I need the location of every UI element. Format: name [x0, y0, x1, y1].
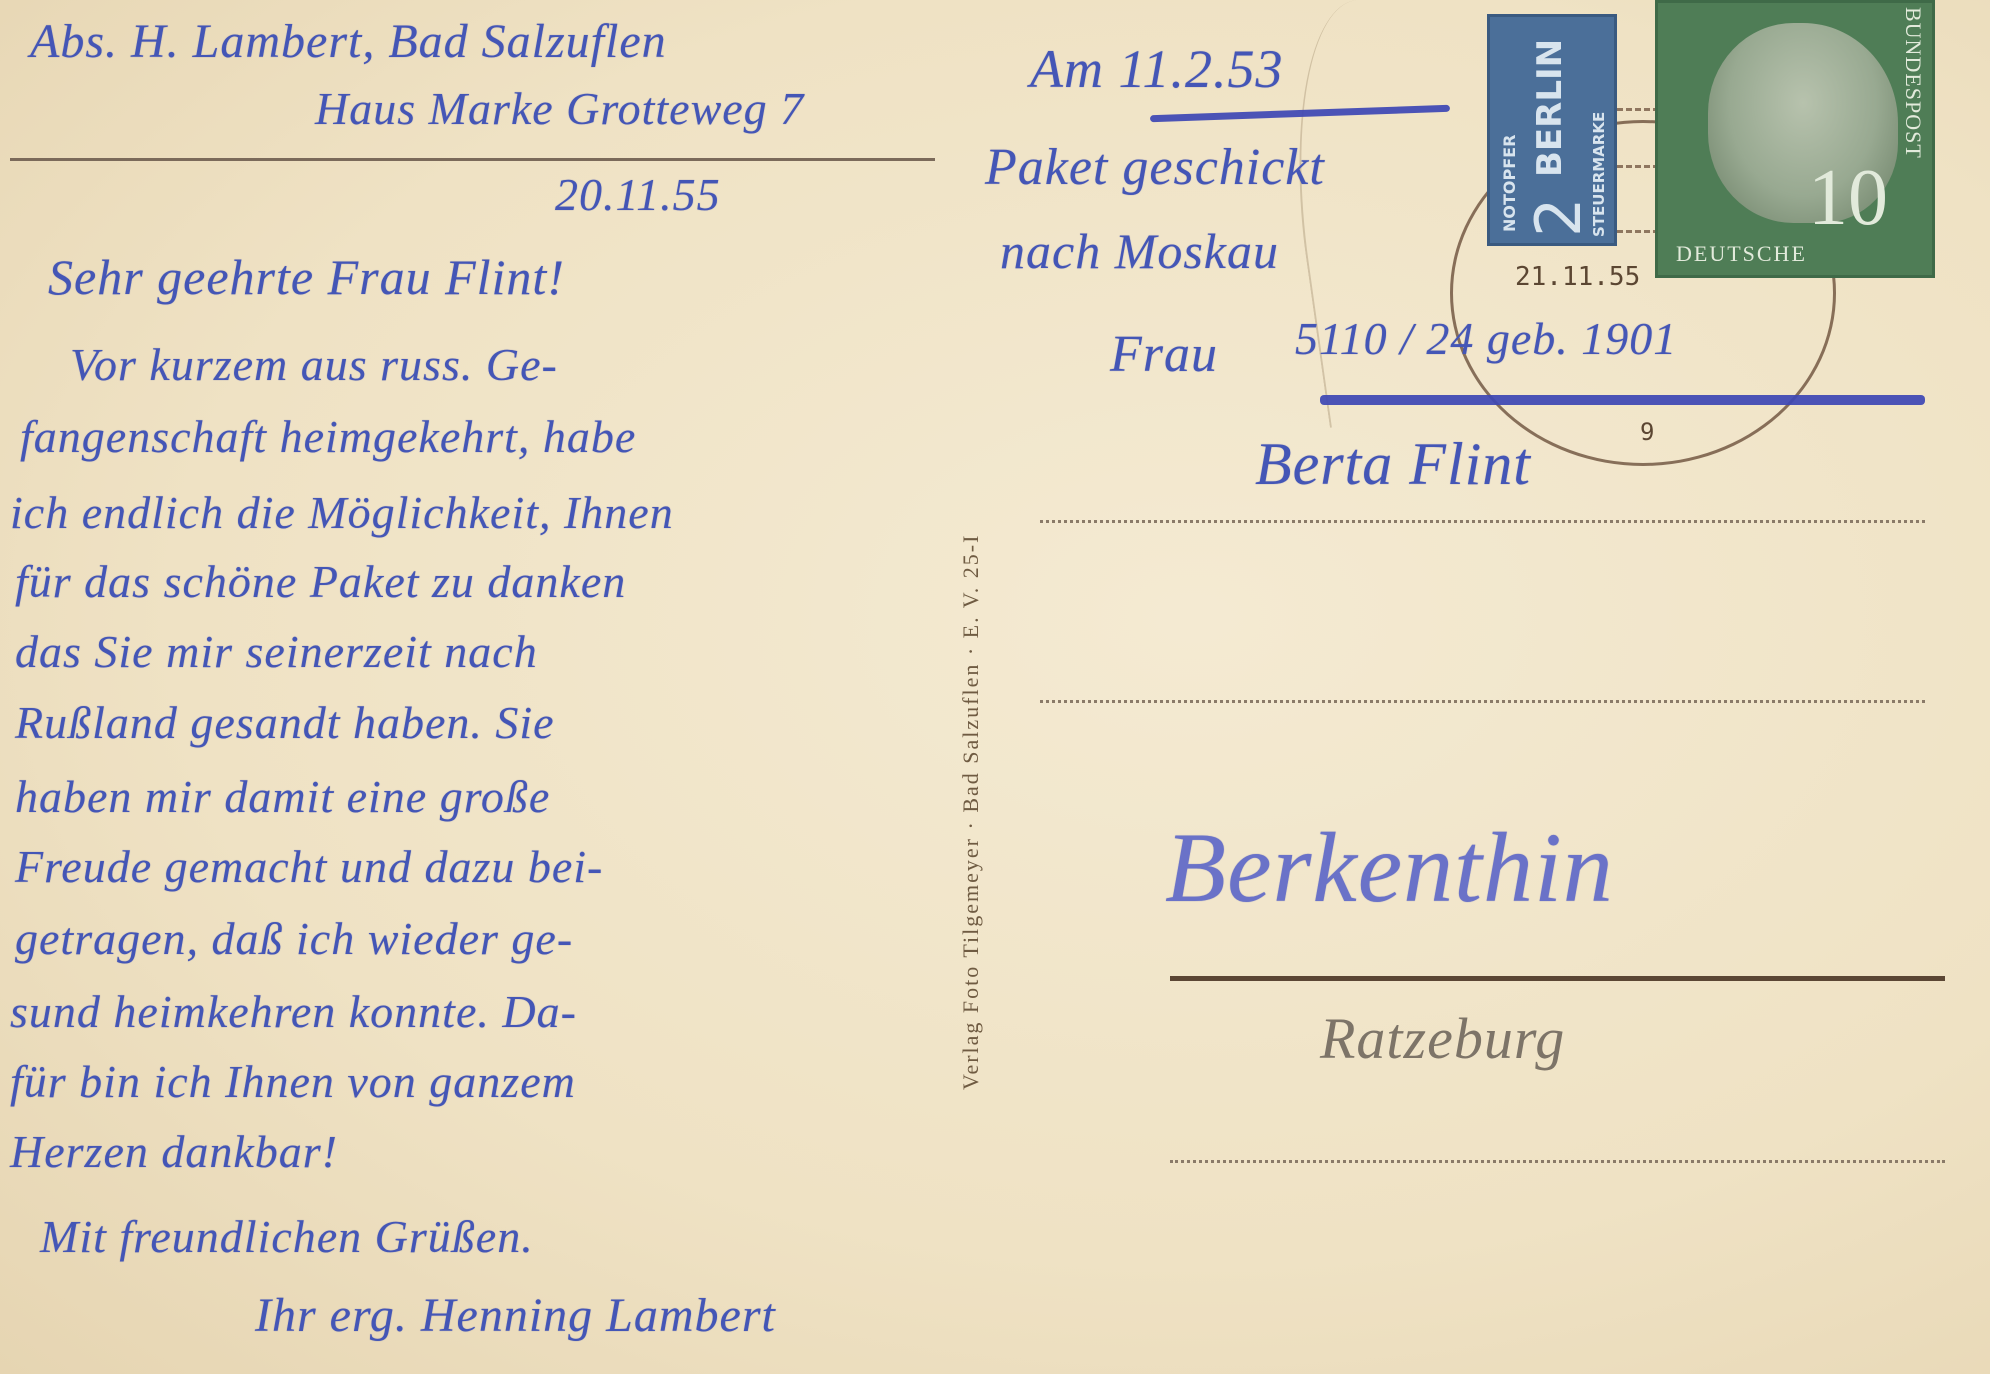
recipient-title: Frau — [1110, 325, 1218, 384]
letter-date: 20.11.55 — [555, 168, 721, 221]
postcard: Abs. H. Lambert, Bad Salzuflen Haus Mark… — [0, 0, 1990, 1374]
stamp-country-text: DEUTSCHE — [1676, 241, 1807, 267]
letter-line: getragen, daß ich wieder ge- — [15, 912, 573, 965]
letter-line: Rußland gesandt haben. Sie — [15, 696, 555, 749]
recipient-strike-line — [1320, 395, 1925, 405]
letter-line: Freude gemacht und dazu bei- — [15, 840, 603, 893]
letter-line: fangenschaft heimgekehrt, habe — [20, 410, 636, 463]
recipient-district: Ratzeburg — [1320, 1005, 1565, 1072]
stamp-berlin-text: BERLIN — [1530, 39, 1570, 177]
stamp-side-text: BUNDESPOST — [1900, 7, 1926, 159]
closing: Mit freundlichen Grüßen. — [40, 1210, 534, 1263]
sender-line-2: Haus Marke Grotteweg 7 — [315, 82, 804, 135]
letter-line: für das schöne Paket zu danken — [15, 555, 626, 608]
letter-line: Vor kurzem aus russ. Ge- — [70, 338, 558, 391]
letter-line: sund heimkehren konnte. Da- — [10, 985, 577, 1038]
recipient-name: Berta Flint — [1255, 430, 1531, 499]
stamp-top-text: NOTOPFER — [1500, 135, 1519, 232]
address-line — [1170, 1160, 1945, 1163]
letter-line: Herzen dankbar! — [10, 1125, 338, 1178]
annotation-line-2: Paket geschickt — [985, 138, 1325, 197]
annotation-date: Am 11.2.53 — [1030, 38, 1283, 100]
bundespost-heuss-stamp: 10 DEUTSCHE BUNDESPOST — [1655, 0, 1935, 278]
stamp-side-text: STEUERMARKE — [1590, 112, 1608, 237]
sender-divider — [10, 158, 935, 161]
town-underline — [1170, 976, 1945, 981]
annotation-line-3: nach Moskau — [1000, 222, 1279, 280]
recipient-town: Berkenthin — [1165, 810, 1614, 925]
address-line — [1040, 520, 1925, 523]
letter-line: haben mir damit eine große — [15, 770, 550, 823]
berlin-notopfer-stamp: NOTOPFER 2 BERLIN STEUERMARKE — [1487, 14, 1617, 246]
postmark-code: 9 — [1640, 418, 1654, 446]
signature: Ihr erg. Henning Lambert — [255, 1288, 776, 1343]
publisher-imprint: Verlag Foto Tilgemeyer · Bad Salzuflen ·… — [958, 534, 984, 1090]
sender-line-1: Abs. H. Lambert, Bad Salzuflen — [30, 14, 667, 69]
stamp-value: 10 — [1808, 153, 1888, 244]
letter-line: für bin ich Ihnen von ganzem — [10, 1055, 576, 1108]
salutation: Sehr geehrte Frau Flint! — [48, 248, 565, 306]
letter-line: ich endlich die Möglichkeit, Ihnen — [10, 486, 674, 539]
letter-line: das Sie mir seinerzeit nach — [15, 625, 538, 678]
address-line — [1040, 700, 1925, 703]
recipient-note: 5110 / 24 geb. 1901 — [1295, 312, 1677, 365]
postmark-date: 21.11.55 — [1515, 262, 1640, 292]
stamp-value: 2 — [1522, 198, 1595, 237]
